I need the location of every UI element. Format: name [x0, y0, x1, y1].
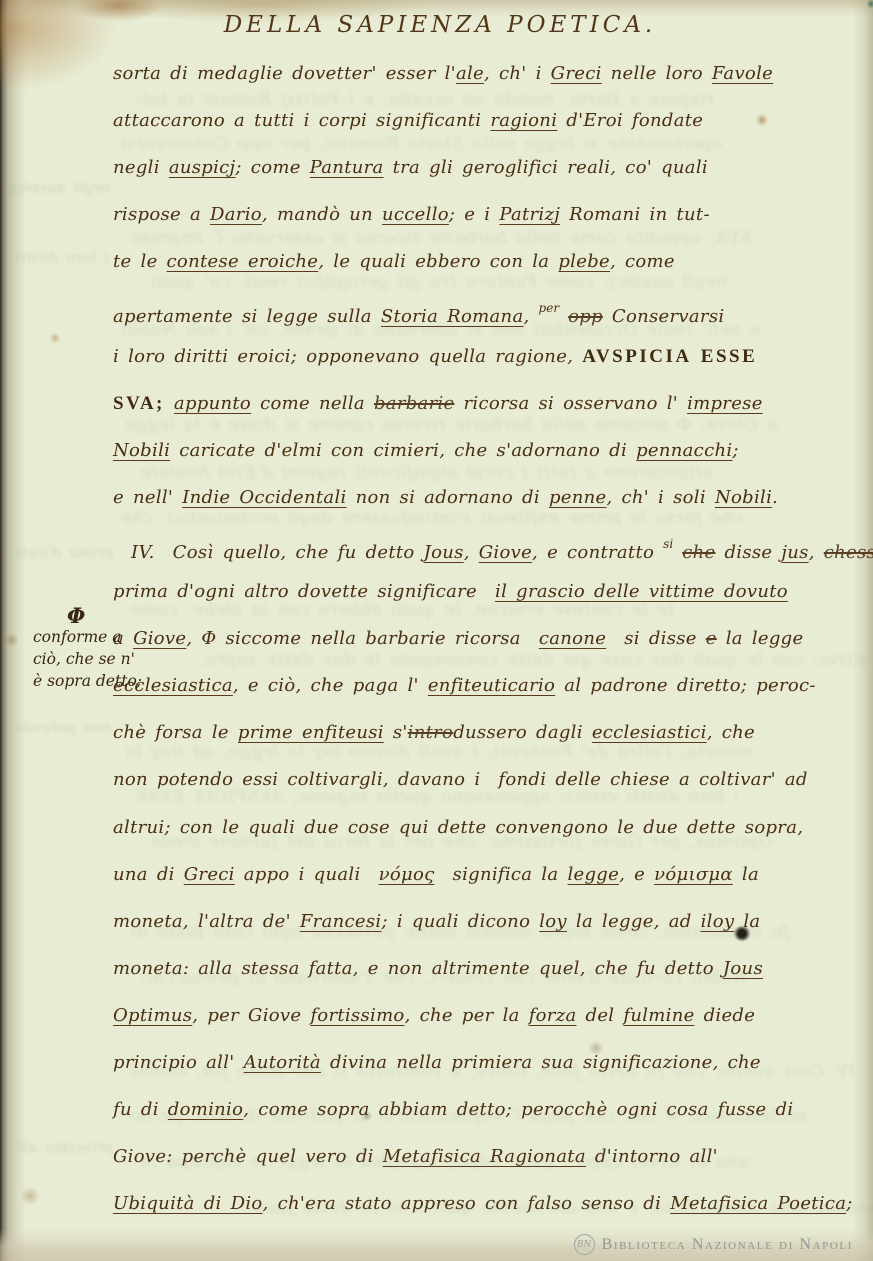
manuscript-line: IV. Così quello, che fu detto Jous, Giov…	[113, 521, 873, 568]
library-name: Biblioteca Nazionale di Napoli	[602, 1236, 853, 1254]
manuscript-line: i loro diritti eroici; opponevano quella…	[113, 333, 873, 380]
bleedthrough-text: principio all' Autorit	[8, 1140, 113, 1156]
margin-note-line: ciò, che se n'	[33, 648, 148, 670]
manuscript-line: prima d'ogni altro dovette significare i…	[113, 568, 873, 615]
bleedthrough-text: negli auspicj; come Pa	[6, 180, 111, 196]
margin-note-symbol: Φ	[67, 606, 148, 626]
manuscript-line: negli auspicj; come Pantura tra gli gero…	[113, 144, 873, 191]
manuscript-line: chè forsa le prime enfiteusi s'introduss…	[113, 709, 873, 756]
manuscript-text-block: sorta di medaglie dovetter' esser l'ale,…	[113, 50, 873, 1227]
manuscript-line: moneta: alla stessa fatta, e non altrime…	[113, 945, 873, 992]
manuscript-line: te le contese eroiche, le quali ebbero c…	[113, 238, 873, 285]
manuscript-line: fu di dominio, come sopra abbiam detto; …	[113, 1086, 873, 1133]
manuscript-line: SVA; appunto come nella barbarie ricorsa…	[113, 380, 873, 427]
margin-note-line: conforme a	[33, 626, 148, 648]
manuscript-line: a Giove, Φ siccome nella barbarie ricors…	[113, 615, 873, 662]
manuscript-line: rispose a Dario, mandò un uccello; e i P…	[113, 191, 873, 238]
manuscript-page: DELLA SAPIENZA POETICA. sorta di medagli…	[0, 0, 873, 1261]
manuscript-line: apertamente si legge sulla Storia Romana…	[113, 285, 873, 332]
manuscript-line: Ubiquità di Dio, ch'era stato appreso co…	[113, 1180, 873, 1227]
manuscript-line: una di Greci appo i quali νόμος signific…	[113, 851, 873, 898]
page-title: DELLA SAPIENZA POETICA.	[110, 12, 770, 38]
bleedthrough-text: i loro diritti eroici;	[4, 250, 109, 266]
manuscript-line: Nobili caricate d'elmi con cimieri, che …	[113, 427, 873, 474]
ink-blot	[733, 926, 751, 941]
manuscript-line: ecclesiastica, e ciò, che paga l' enfite…	[113, 662, 873, 709]
margin-note: Φ conforme aciò, che se n'è sopra detto;	[33, 606, 148, 692]
library-logo-icon: BN	[574, 1234, 595, 1255]
manuscript-line: altrui; con le quali due cose qui dette …	[113, 804, 873, 851]
manuscript-line: attaccarono a tutti i corpi significanti…	[113, 97, 873, 144]
manuscript-line: Giove: perchè quel vero di Metafisica Ra…	[113, 1133, 873, 1180]
manuscript-line: Optimus, per Giove fortissimo, che per l…	[113, 992, 873, 1039]
manuscript-line: e nell' Indie Occidentali non si adornan…	[113, 474, 873, 521]
manuscript-line: sorta di medaglie dovetter' esser l'ale,…	[113, 50, 873, 97]
manuscript-line: non potendo essi coltivargli, davano i f…	[113, 756, 873, 803]
manuscript-line: moneta, l'altra de' Francesi; i quali di…	[113, 898, 873, 945]
manuscript-line: principio all' Autorità divina nella pri…	[113, 1039, 873, 1086]
bleedthrough-text: non potendo essi colti	[6, 720, 111, 736]
bleedthrough-text: prima d'ogni altro dov	[8, 545, 113, 561]
margin-note-line: è sopra detto;	[33, 670, 148, 692]
library-watermark: BN Biblioteca Nazionale di Napoli	[574, 1234, 853, 1255]
